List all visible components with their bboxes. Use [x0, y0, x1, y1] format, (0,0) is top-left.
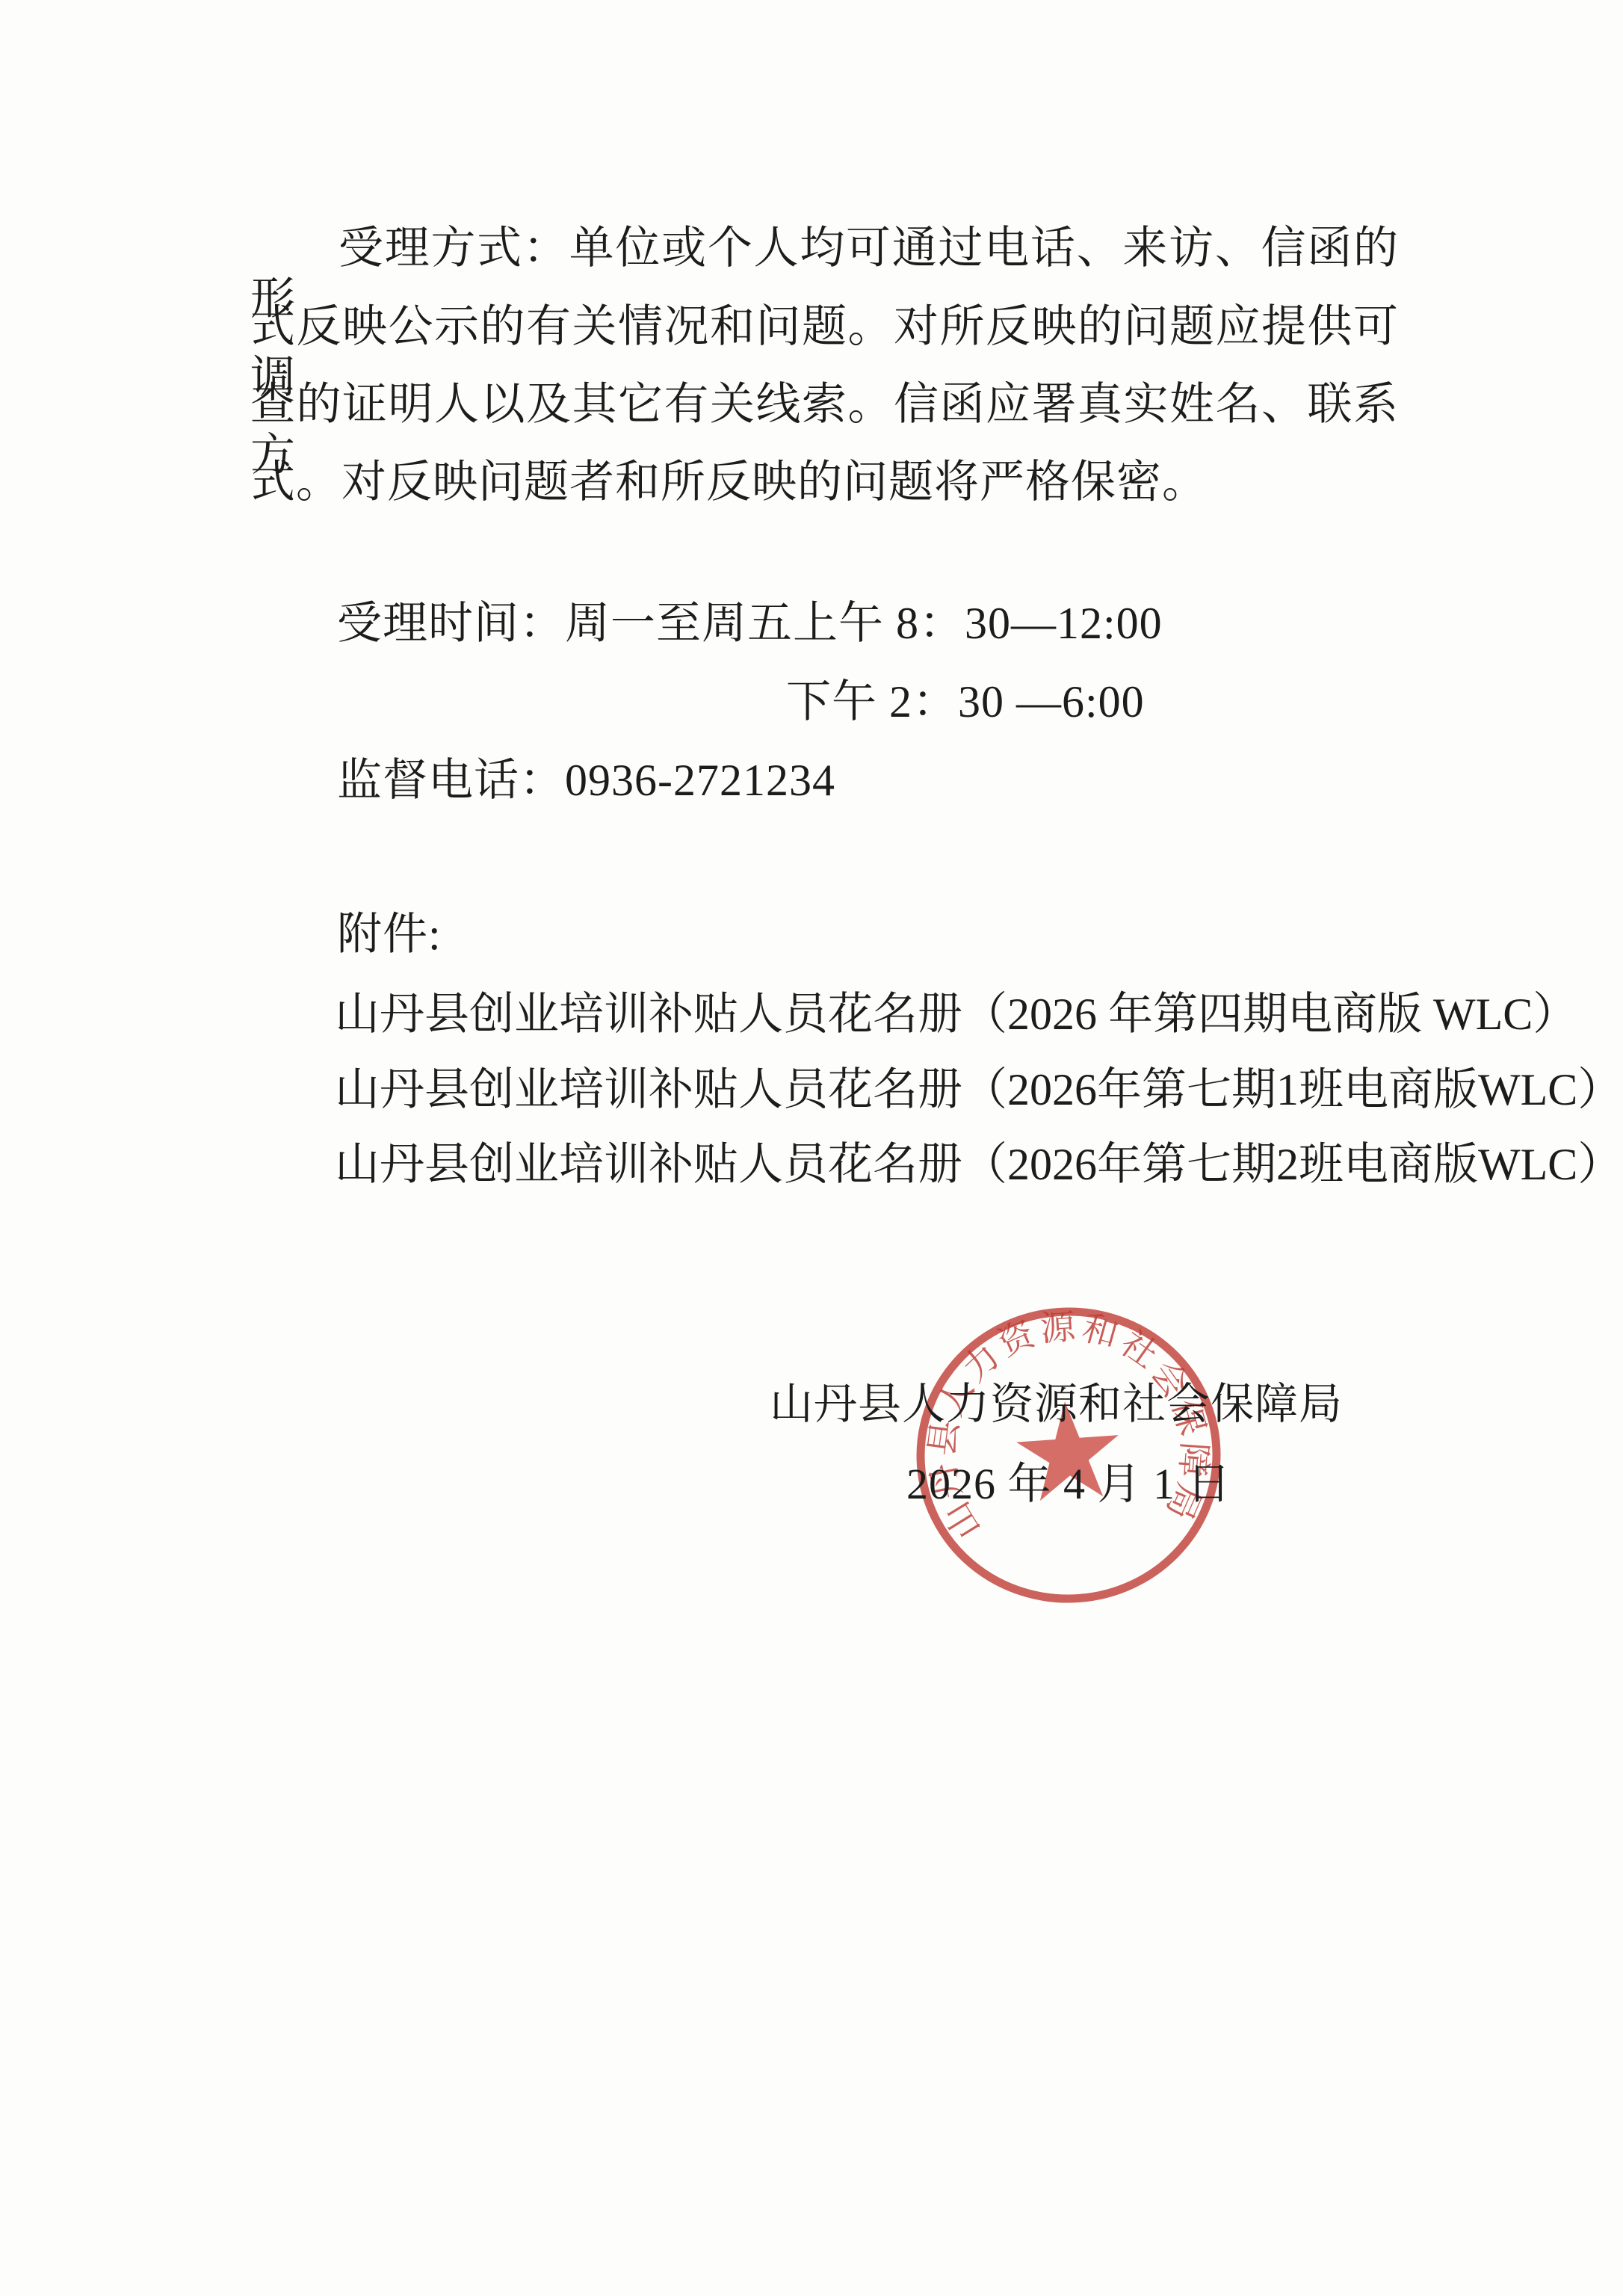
attachment-item-2: 山丹县创业培训补贴人员花名册（2026年第七期1班电商版WLC） [335, 1064, 1622, 1115]
document-page: 受理方式：单位或个人均可通过电话、来访、信函的形 式反映公示的有关情况和问题。对… [0, 0, 1623, 2296]
official-seal: 山丹县人力资源和社会保障局 [913, 1302, 1224, 1613]
acceptance-time-line: 受理时间：周一至周五上午 8：30—12:00 [337, 598, 1163, 649]
attachment-item-1: 山丹县创业培训补贴人员花名册（2026 年第四期电商版 WLC） [335, 989, 1577, 1040]
attachment-label: 附件: [337, 909, 442, 960]
agency-signature: 山丹县人力资源和社会保障局 [770, 1379, 1343, 1430]
supervision-phone-line: 监督电话：0936-2721234 [337, 755, 835, 806]
body-paragraph-line-4: 式。对反映问题者和所反映的问题将严格保密。 [250, 457, 1399, 507]
attachment-item-3: 山丹县创业培训补贴人员花名册（2026年第七期2班电商版WLC） [335, 1139, 1622, 1190]
afternoon-time-line: 下午 2：30 —6:00 [786, 676, 1145, 727]
signature-date: 2026 年 4 月 1 日 [906, 1459, 1231, 1510]
